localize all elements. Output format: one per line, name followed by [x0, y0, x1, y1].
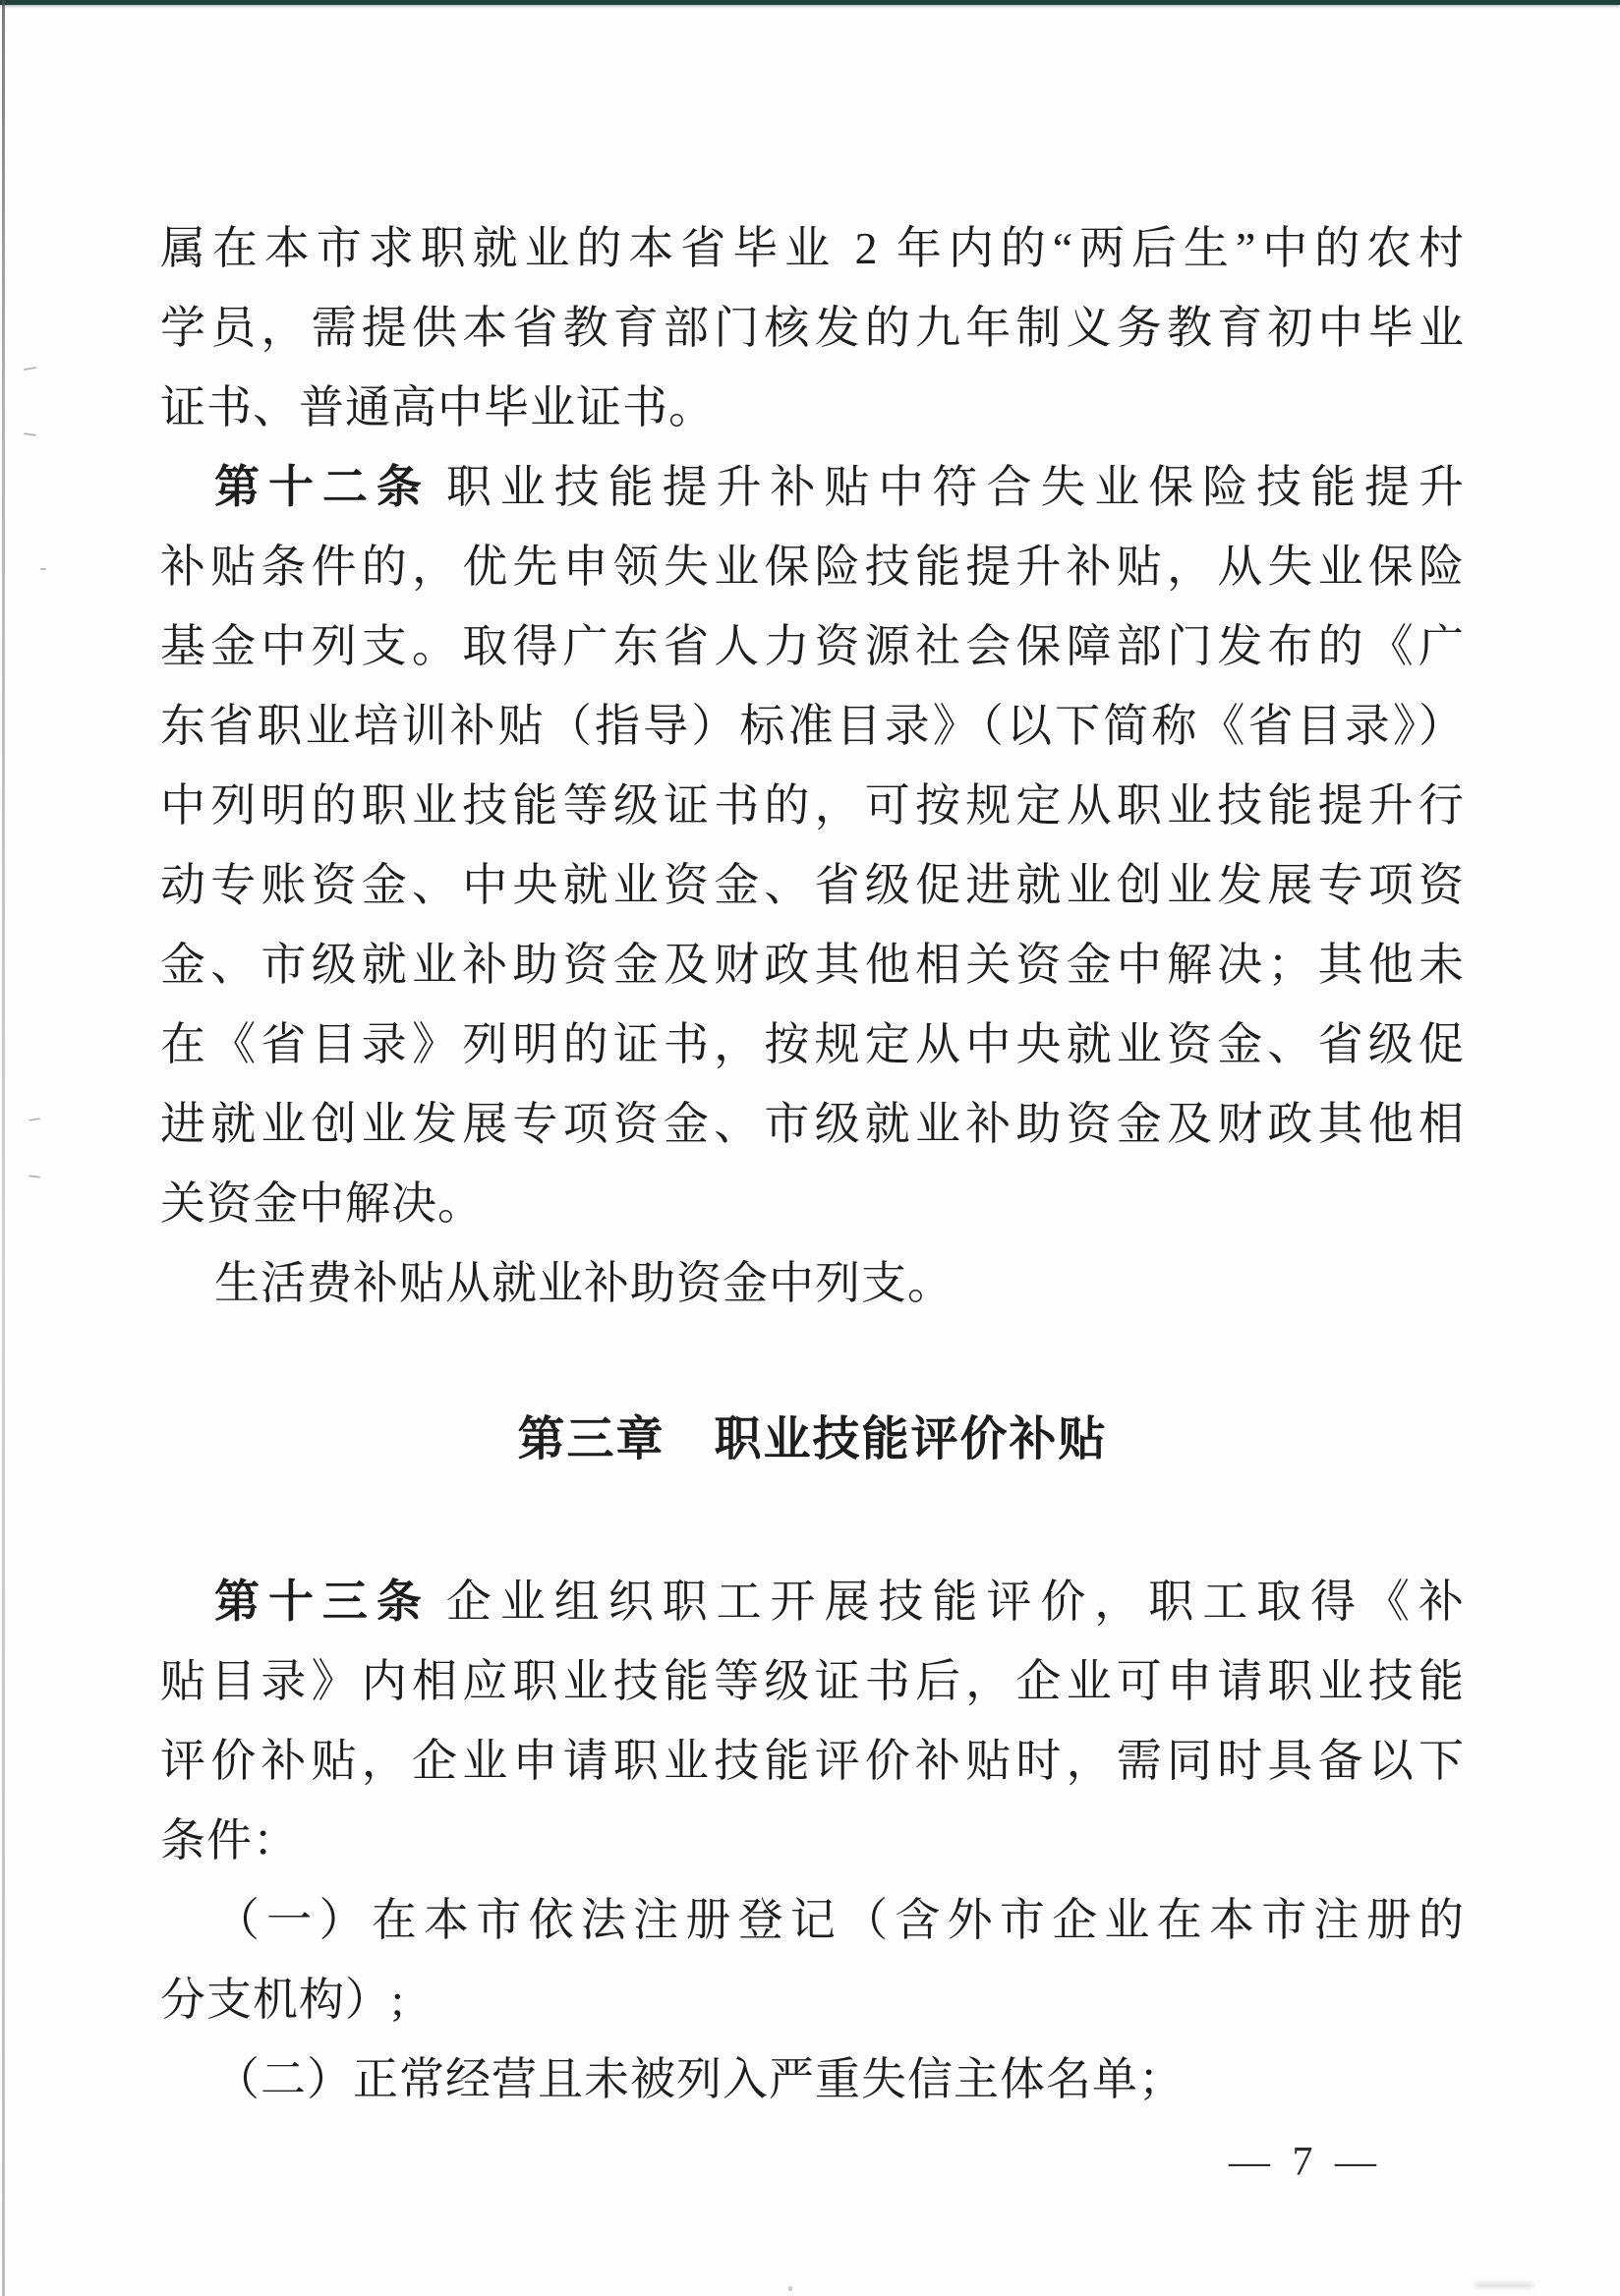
text-line: 中列明的职业技能等级证书的，可按规定从职业技能提升行 — [160, 766, 1465, 845]
scan-artifact — [24, 367, 36, 371]
article-12-label: 第十二条 — [214, 461, 431, 512]
text-line: 贴目录》内相应职业技能等级证书后，企业可申请职业技能 — [160, 1641, 1465, 1721]
text-line: 关资金中解决。 — [160, 1164, 1465, 1243]
text-line: 条件： — [160, 1801, 1465, 1880]
scan-left-edge — [2, 0, 5, 2296]
article-13-text: 企业组织职工开展技能评价，职工取得《补 — [446, 1577, 1465, 1627]
text-line: 进就业创业发展专项资金、市级就业补助资金及财政其他相 — [160, 1084, 1465, 1164]
text-line: 在《省目录》列明的证书，按规定从中央就业资金、省级促 — [160, 1004, 1465, 1084]
text-line: 学员，需提供本省教育部门核发的九年制义务教育初中毕业 — [160, 288, 1465, 368]
text-line: 生活费补贴从就业补助资金中列支。 — [160, 1243, 1465, 1323]
article-12-line: 第十二条职业技能提升补贴中符合失业保险技能提升 — [160, 447, 1465, 527]
document-body: 属在本市求职就业的本省毕业 2 年内的“两后生”中的农村 学员，需提供本省教育部… — [160, 208, 1465, 2119]
text-line: 金、市级就业补助资金及财政其他相关资金中解决；其他未 — [160, 925, 1465, 1004]
text-line: 东省职业培训补贴（指导）标准目录》（以下简称《省目录》） — [160, 686, 1465, 766]
scan-artifact — [40, 568, 46, 570]
scan-artifact — [1475, 2282, 1533, 2288]
text-line: 证书、普通高中毕业证书。 — [160, 368, 1465, 447]
article-13-label: 第十三条 — [214, 1576, 431, 1627]
scan-artifact — [788, 2286, 792, 2291]
text-line: 补贴条件的，优先申领失业保险技能提升补贴，从失业保险 — [160, 527, 1465, 606]
chapter-heading: 第三章 职业技能评价补贴 — [160, 1400, 1465, 1480]
scan-top-edge — [0, 0, 1620, 5]
scan-artifact — [29, 1118, 40, 1121]
scan-artifact — [24, 432, 36, 436]
text-line: 动专账资金、中央就业资金、省级促进就业创业发展专项资 — [160, 845, 1465, 925]
text-line: 基金中列支。取得广东省人力资源社会保障部门发布的《广 — [160, 606, 1465, 686]
scan-artifact — [29, 1175, 40, 1177]
page-number: — 7 — — [1229, 2141, 1382, 2184]
document-page: 属在本市求职就业的本省毕业 2 年内的“两后生”中的农村 学员，需提供本省教育部… — [0, 0, 1620, 2296]
article-13-line: 第十三条企业组织职工开展技能评价，职工取得《补 — [160, 1562, 1465, 1641]
text-line: 评价补贴，企业申请职业技能评价补贴时，需同时具备以下 — [160, 1721, 1465, 1801]
condition-2-line: （二）正常经营且未被列入严重失信主体名单； — [160, 2039, 1465, 2119]
text-line: 分支机构）; — [160, 1960, 1465, 2039]
text-line: 属在本市求职就业的本省毕业 2 年内的“两后生”中的农村 — [160, 208, 1465, 288]
condition-1-line: （一）在本市依法注册登记（含外市企业在本市注册的 — [160, 1880, 1465, 1960]
article-12-text: 职业技能提升补贴中符合失业保险技能提升 — [446, 462, 1465, 512]
